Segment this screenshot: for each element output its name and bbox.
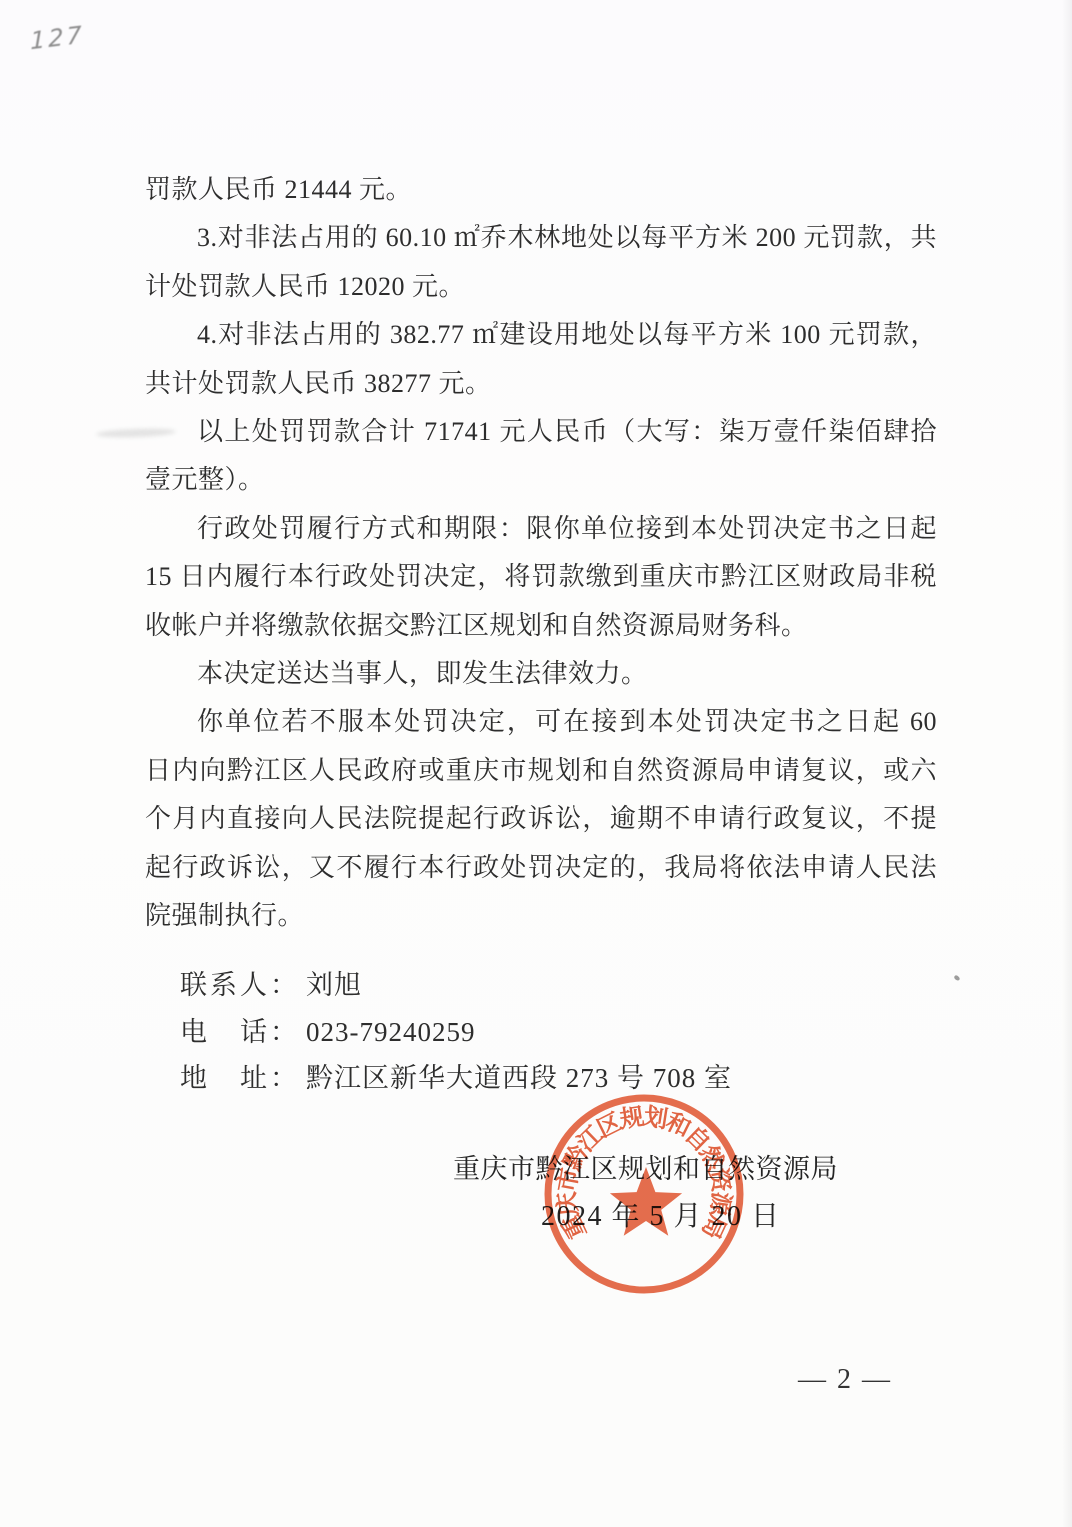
contact-label: 电 话： [180,1017,300,1047]
body-text: 罚款人民币 21444 元。3.对非法占用的 60.10 ㎡乔木林地处以每平方米… [145,166,937,941]
body-line: 日内向黔江区人民政府或重庆市规划和自然资源局申请复议，或六 [145,747,937,795]
body-line: 收帐户并将缴款依据交黔江区规划和自然资源局财务科。 [145,602,937,650]
handwritten-note: 127 [30,21,85,56]
page-number: — 2 — [770,1364,920,1396]
body-line: 共计处罚款人民币 38277 元。 [145,360,937,408]
body-line: 个月内直接向人民法院提起行政诉讼，逾期不申请行政复议，不提 [145,795,937,843]
scan-edge-shadow [1062,0,1072,1527]
contact-row: 联系人：刘旭 [180,962,732,1009]
body-line: 4.对非法占用的 382.77 ㎡建设用地处以每平方米 100 元罚款， [145,311,937,359]
body-line: 以上处罚罚款合计 71741 元人民币（大写：柒万壹仟柒佰肆拾 [145,408,937,456]
body-line: 壹元整）。 [145,456,937,504]
contact-label: 地 址： [180,1063,300,1093]
body-line: 行政处罚履行方式和期限：限你单位接到本处罚决定书之日起 [145,505,937,553]
star-icon [610,1167,682,1236]
body-line: 计处罚款人民币 12020 元。 [145,263,937,311]
contact-value: 023-79240259 [306,1017,476,1047]
official-seal: 重庆市黔江区规划和自然资源局 [514,1064,774,1324]
body-line: 3.对非法占用的 60.10 ㎡乔木林地处以每平方米 200 元罚款，共 [145,214,937,262]
body-line: 罚款人民币 21444 元。 [145,166,937,214]
body-line: 本决定送达当事人，即发生法律效力。 [145,650,937,698]
body-line: 院强制执行。 [145,892,937,940]
contact-label: 联系人： [180,970,300,1000]
body-line: 15 日内履行本行政处罚决定，将罚款缴到重庆市黔江区财政局非税 [145,553,937,601]
scanned-document-page: 127 罚款人民币 21444 元。3.对非法占用的 60.10 ㎡乔木林地处以… [0,0,1072,1527]
contact-row: 电 话：023-79240259 [180,1009,732,1056]
body-line: 你单位若不服本处罚决定，可在接到本处罚决定书之日起 60 [145,698,937,746]
contact-value: 刘旭 [306,970,362,1000]
body-line: 起行政诉讼，又不履行本行政处罚决定的，我局将依法申请人民法 [145,844,937,892]
scan-speck [953,975,960,982]
